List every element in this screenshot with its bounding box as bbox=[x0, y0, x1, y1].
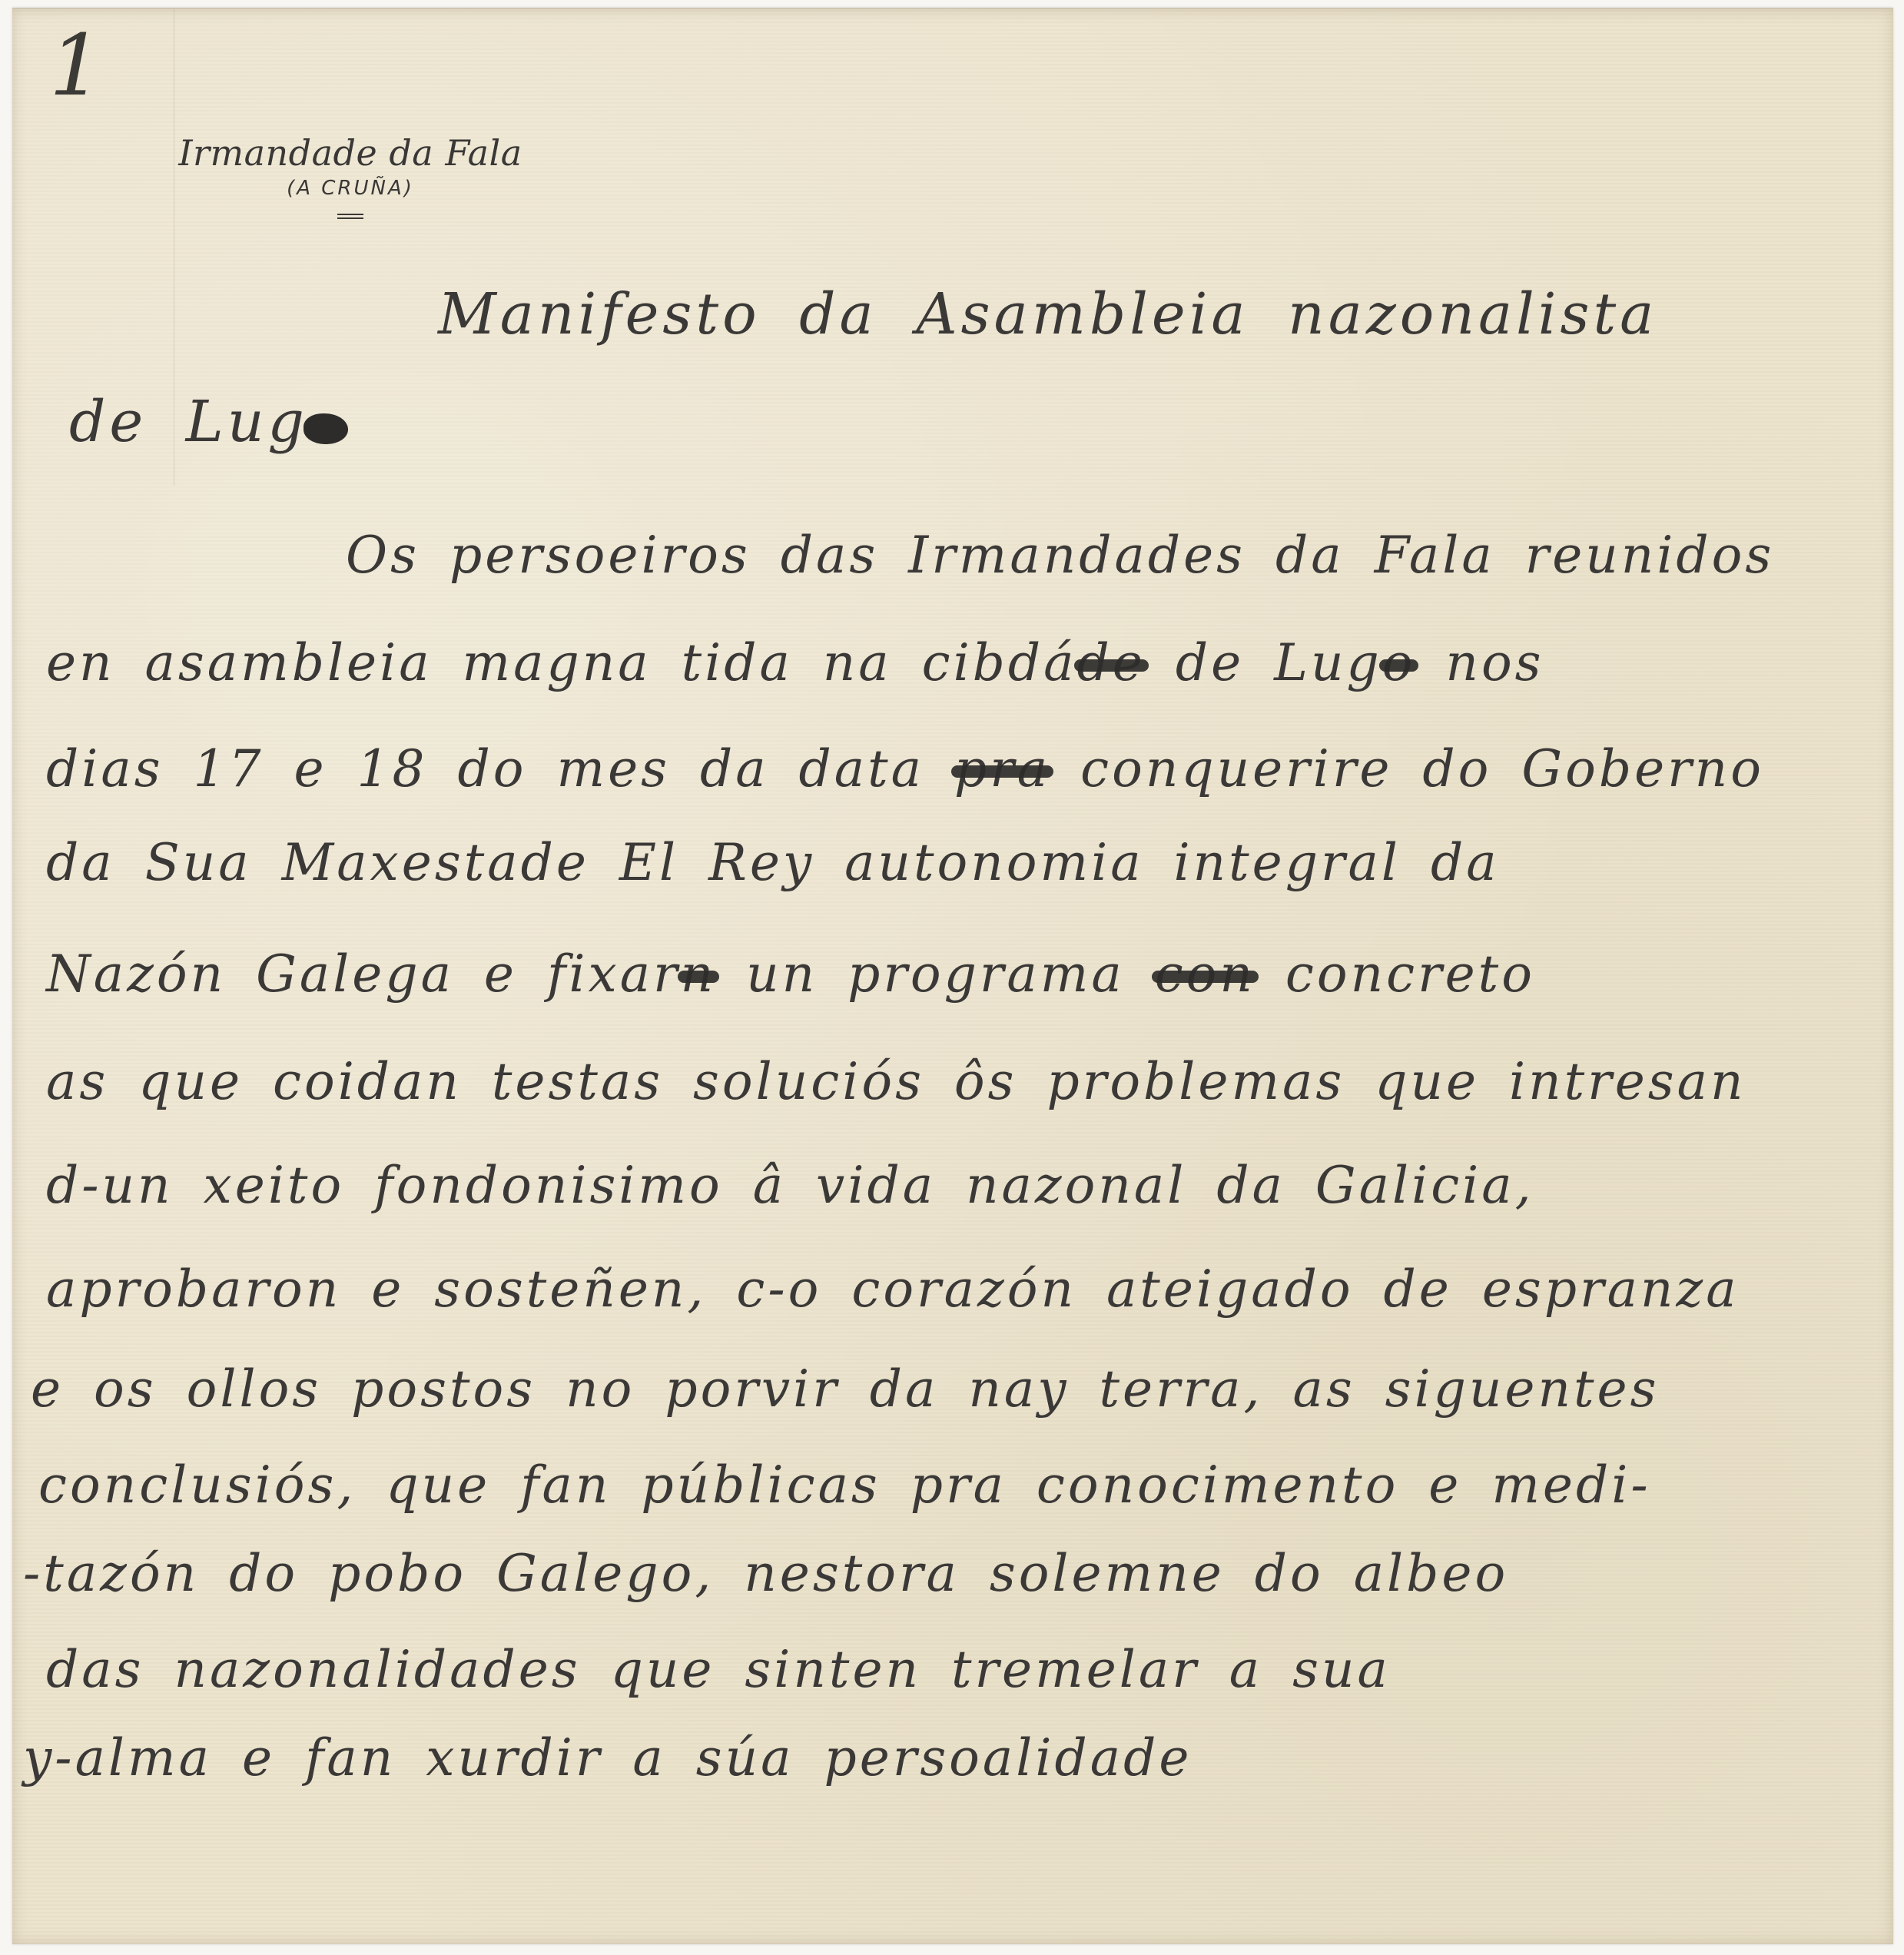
manifesto-title-line-1: Manifesto da Asambleia nazonalista bbox=[438, 286, 1657, 343]
body-line-8: aprobaron e sosteñen, c-o corazón ateiga… bbox=[46, 1264, 1740, 1315]
body-line-2: en asambleia magna tida na cibdáde de Lu… bbox=[46, 638, 1544, 689]
struck-text: n bbox=[681, 949, 717, 1000]
text-segment: dias 17 e 18 do mes da data bbox=[46, 739, 954, 798]
text-segment: Nazón Galega e fixar bbox=[46, 944, 681, 1004]
manuscript-body: Manifesto da Asambleia nazonalista de Lu… bbox=[0, 0, 1904, 1955]
text-segment: un programa bbox=[716, 944, 1155, 1004]
body-line-11: -tazón do pobo Galego, nestora solemne d… bbox=[23, 1548, 1508, 1599]
title-text: de Lug bbox=[69, 389, 308, 455]
text-segment: concreto bbox=[1256, 944, 1535, 1004]
body-line-1: Os persoeiros das Irmandades da Fala reu… bbox=[346, 530, 1774, 581]
text-segment: en asambleia magna tida na cibdá bbox=[46, 633, 1077, 692]
body-line-6: as que coidan testas soluciós ôs problem… bbox=[46, 1057, 1746, 1107]
text-segment: de Lug bbox=[1146, 633, 1382, 692]
body-line-4: da Sua Maxestade El Rey autonomia integr… bbox=[46, 838, 1500, 888]
body-line-5: Nazón Galega e fixarn un programa con co… bbox=[46, 949, 1535, 1000]
body-line-10: conclusiós, que fan públicas pra conocim… bbox=[38, 1460, 1651, 1511]
struck-text: pra bbox=[954, 744, 1050, 795]
struck-text: con bbox=[1155, 949, 1256, 1000]
body-line-3: dias 17 e 18 do mes da data pra conqueri… bbox=[46, 744, 1764, 795]
body-line-13: y-alma e fan xurdir a súa persoalidade bbox=[23, 1733, 1192, 1784]
body-line-12: das nazonalidades que sinten tremelar a … bbox=[46, 1645, 1391, 1695]
struck-text: o bbox=[1382, 638, 1416, 689]
text-segment: conquerire do Goberno bbox=[1050, 739, 1764, 798]
manifesto-title-line-2: de Lug bbox=[69, 393, 348, 450]
ink-blot bbox=[304, 413, 348, 444]
body-line-7: d-un xeito fondonisimo â vida nazonal da… bbox=[46, 1160, 1534, 1211]
text-segment: nos bbox=[1415, 633, 1544, 692]
struck-text: de bbox=[1077, 638, 1146, 689]
body-line-9: e os ollos postos no porvir da nay terra… bbox=[31, 1364, 1659, 1415]
